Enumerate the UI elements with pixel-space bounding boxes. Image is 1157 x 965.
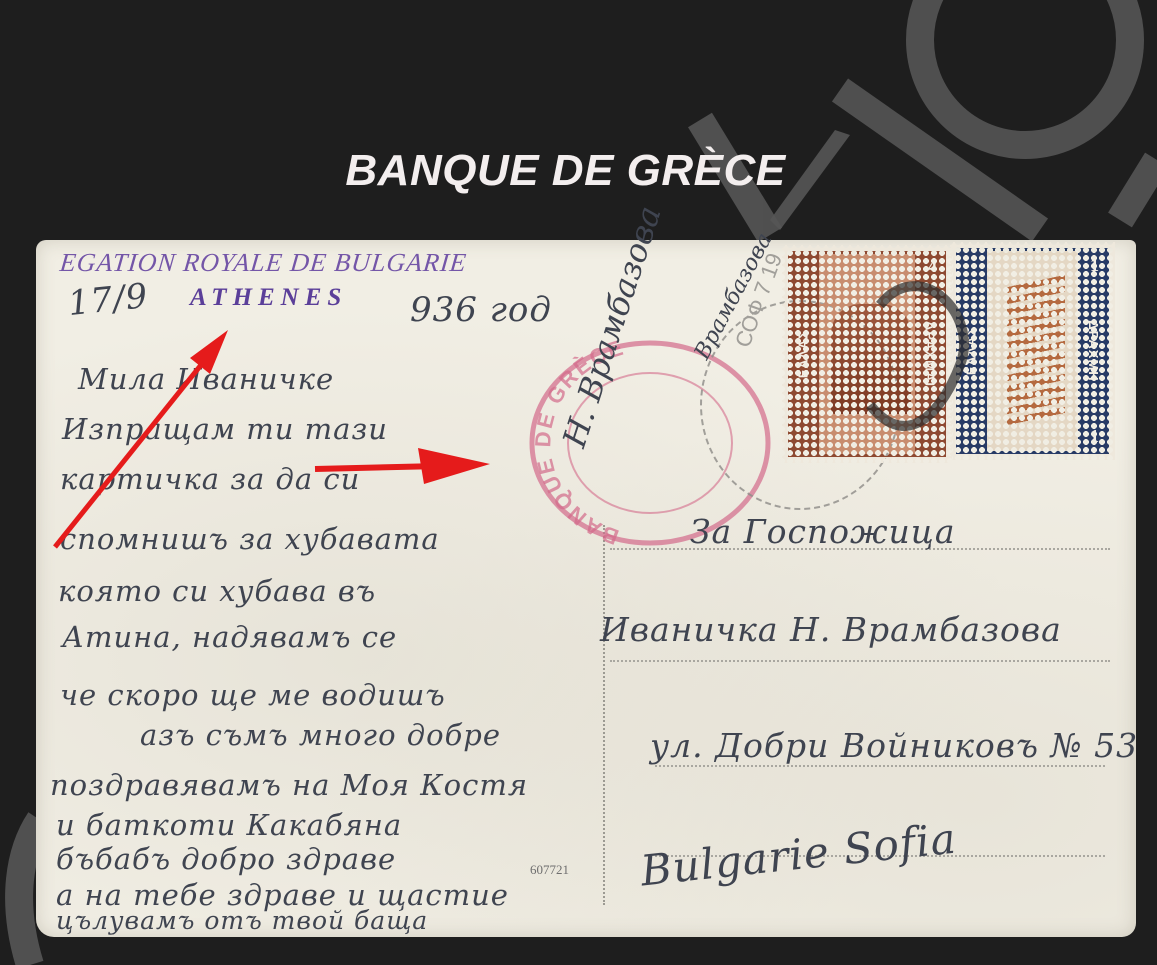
message-line: азъ съмъ много добре <box>140 718 501 752</box>
address-line-text: ул. Добри Войниковъ № 53 <box>650 726 1138 765</box>
message-line: цълувамъ отъ твой баща <box>56 906 428 935</box>
card-divider <box>603 525 605 905</box>
message-line: поздравявамъ на Моя Костя <box>50 768 528 802</box>
message-line: картичка за да си <box>60 462 360 496</box>
message-line: бъбабъ добро здраве <box>56 842 396 876</box>
address-line <box>610 660 1110 662</box>
handwritten-year: 936 год <box>410 290 552 330</box>
athenes-stamp: ATHENES <box>190 284 347 312</box>
stamp-country: ΕΛΛΑΣ <box>796 330 811 378</box>
address-line-text: За Госпожица <box>690 512 956 551</box>
handwritten-date: 17/9 <box>66 276 150 324</box>
address-line-text: Иваничка Н. Врамбазова <box>600 610 1062 649</box>
message-line: Атина, надявамъ се <box>62 620 397 654</box>
message-line: и баткоти Какабяна <box>56 808 402 842</box>
page-title: BANQUE DE GRÈCE <box>0 146 1131 196</box>
message-line: Изпращам ти тази <box>62 412 388 446</box>
legation-stamp: EGATION ROYALE DE BULGARIE <box>58 248 468 278</box>
message-line: спомнишъ за хубавата <box>60 522 440 556</box>
serial-number: 607721 <box>530 862 569 878</box>
address-line <box>655 765 1105 767</box>
stamp-denomination-bottom: 1 <box>1090 426 1099 447</box>
stamp-currency: ΔΡΑΧΜΗ <box>1086 320 1101 381</box>
message-line: Мила Иваничке <box>78 362 334 396</box>
message-line: че скоро ще ме водишъ <box>60 678 446 712</box>
stamp-denomination: 1 <box>1090 255 1099 276</box>
cancellation-mark <box>850 265 990 465</box>
message-line: която си хубава въ <box>58 574 376 608</box>
parthenon-illustration <box>1007 275 1065 427</box>
